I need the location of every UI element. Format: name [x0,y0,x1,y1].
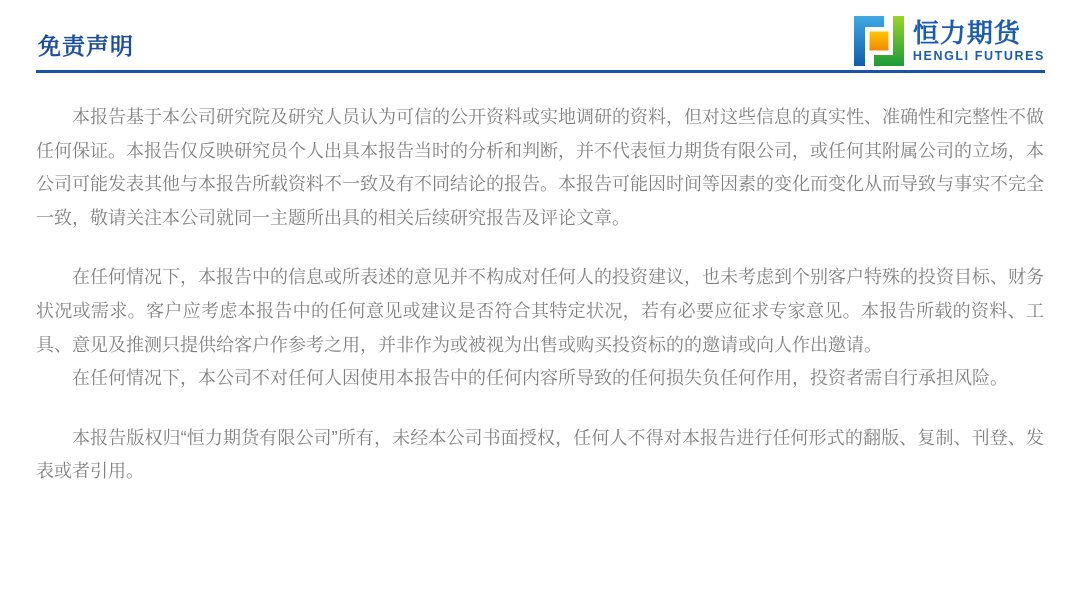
disclaimer-paragraph-2: 在任何情况下，本报告中的信息或所表述的意见并不构成对任何人的投资建议，也未考虑到… [36,261,1044,362]
disclaimer-paragraph-3: 在任何情况下，本公司不对任何人因使用本报告中的任何内容所导致的任何损失负任何作用… [36,362,1044,396]
header-divider [36,70,1045,73]
company-logo: 恒力期货 HENGLI FUTURES [854,16,1045,66]
logo-name-en: HENGLI FUTURES [913,49,1045,63]
disclaimer-paragraph-4: 本报告版权归“恒力期货有限公司”所有，未经本公司书面授权，任何人不得对本报告进行… [36,422,1044,489]
hengli-logo-icon [854,16,904,66]
page-title: 免责声明 [38,28,134,61]
logo-wordmark: 恒力期货 HENGLI FUTURES [913,19,1045,64]
logo-name-cn: 恒力期货 [913,19,1045,48]
disclaimer-body: 本报告基于本公司研究院及研究人员认为可信的公开资料或实地调研的资料，但对这些信息… [36,101,1044,489]
slide-header: 免责声明 [0,0,1080,70]
disclaimer-paragraph-1: 本报告基于本公司研究院及研究人员认为可信的公开资料或实地调研的资料，但对这些信息… [36,101,1044,235]
disclaimer-slide: 免责声明 [0,0,1080,608]
